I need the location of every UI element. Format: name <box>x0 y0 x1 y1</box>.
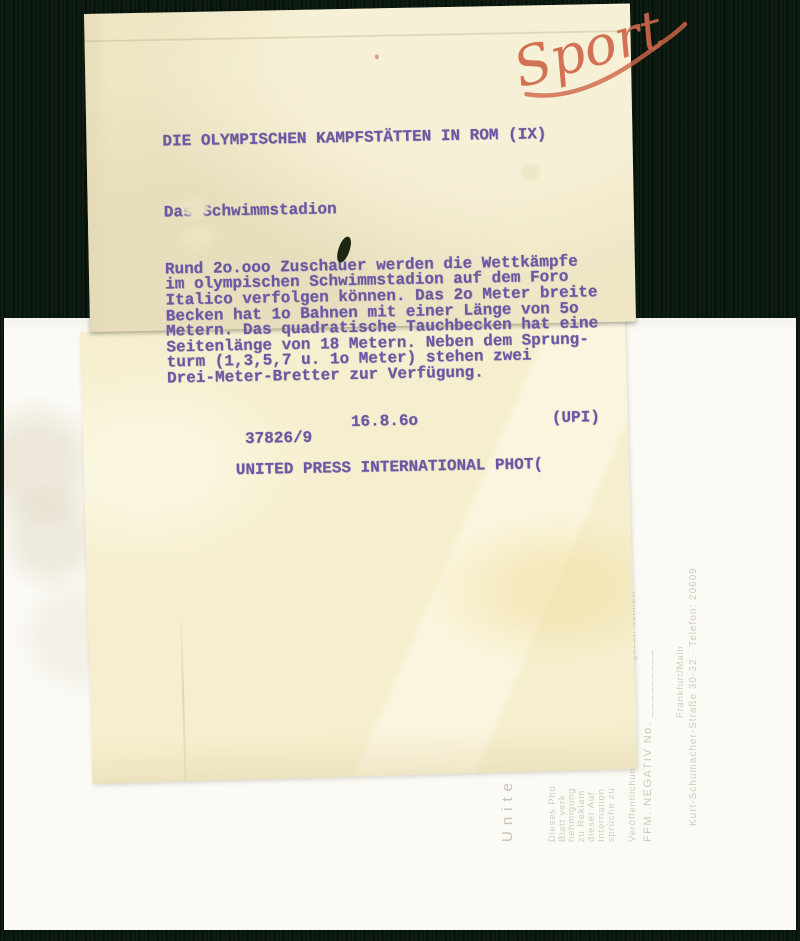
stamp-conditions-line: sprüche zu <box>606 788 617 842</box>
press-photo-scan: Unite Dieses Pho Blatt verk nehmigung zu… <box>0 0 800 941</box>
red-ink-speck <box>375 54 379 59</box>
reference-line: 37826/9 16.8.6o (UPI) <box>168 409 628 433</box>
stamp-negative-number-label: FFM. NEGATIV No. _________ <box>642 649 655 842</box>
caption-subtitle: Das Schwimmstadion <box>164 197 624 221</box>
agency-abbrev: (UPI) <box>552 410 600 427</box>
caption-slip: Sport DIE OLYMPISCHEN KAMPFSTÄTTEN IN RO… <box>84 4 636 332</box>
reference-number: 37826/9 <box>245 429 313 448</box>
stamp-city: Frankfurt/Main <box>675 646 686 718</box>
caption-title: DIE OLYMPISCHEN KAMPFSTÄTTEN IN ROM (IX) <box>162 126 622 150</box>
caption-body: Rund 2o.ooo Zuschauer werden die Wettkäm… <box>165 253 627 387</box>
typewritten-caption: DIE OLYMPISCHEN KAMPFSTÄTTEN IN ROM (IX)… <box>162 95 630 512</box>
sheet-crease <box>180 609 187 781</box>
stamp-agency-name-fragment: Unite <box>499 777 517 842</box>
caption-date: 16.8.6o <box>351 413 419 430</box>
stamp-address-phone: Kurt-Schumacher-Straße 30-32 · Telefon: … <box>688 567 700 826</box>
